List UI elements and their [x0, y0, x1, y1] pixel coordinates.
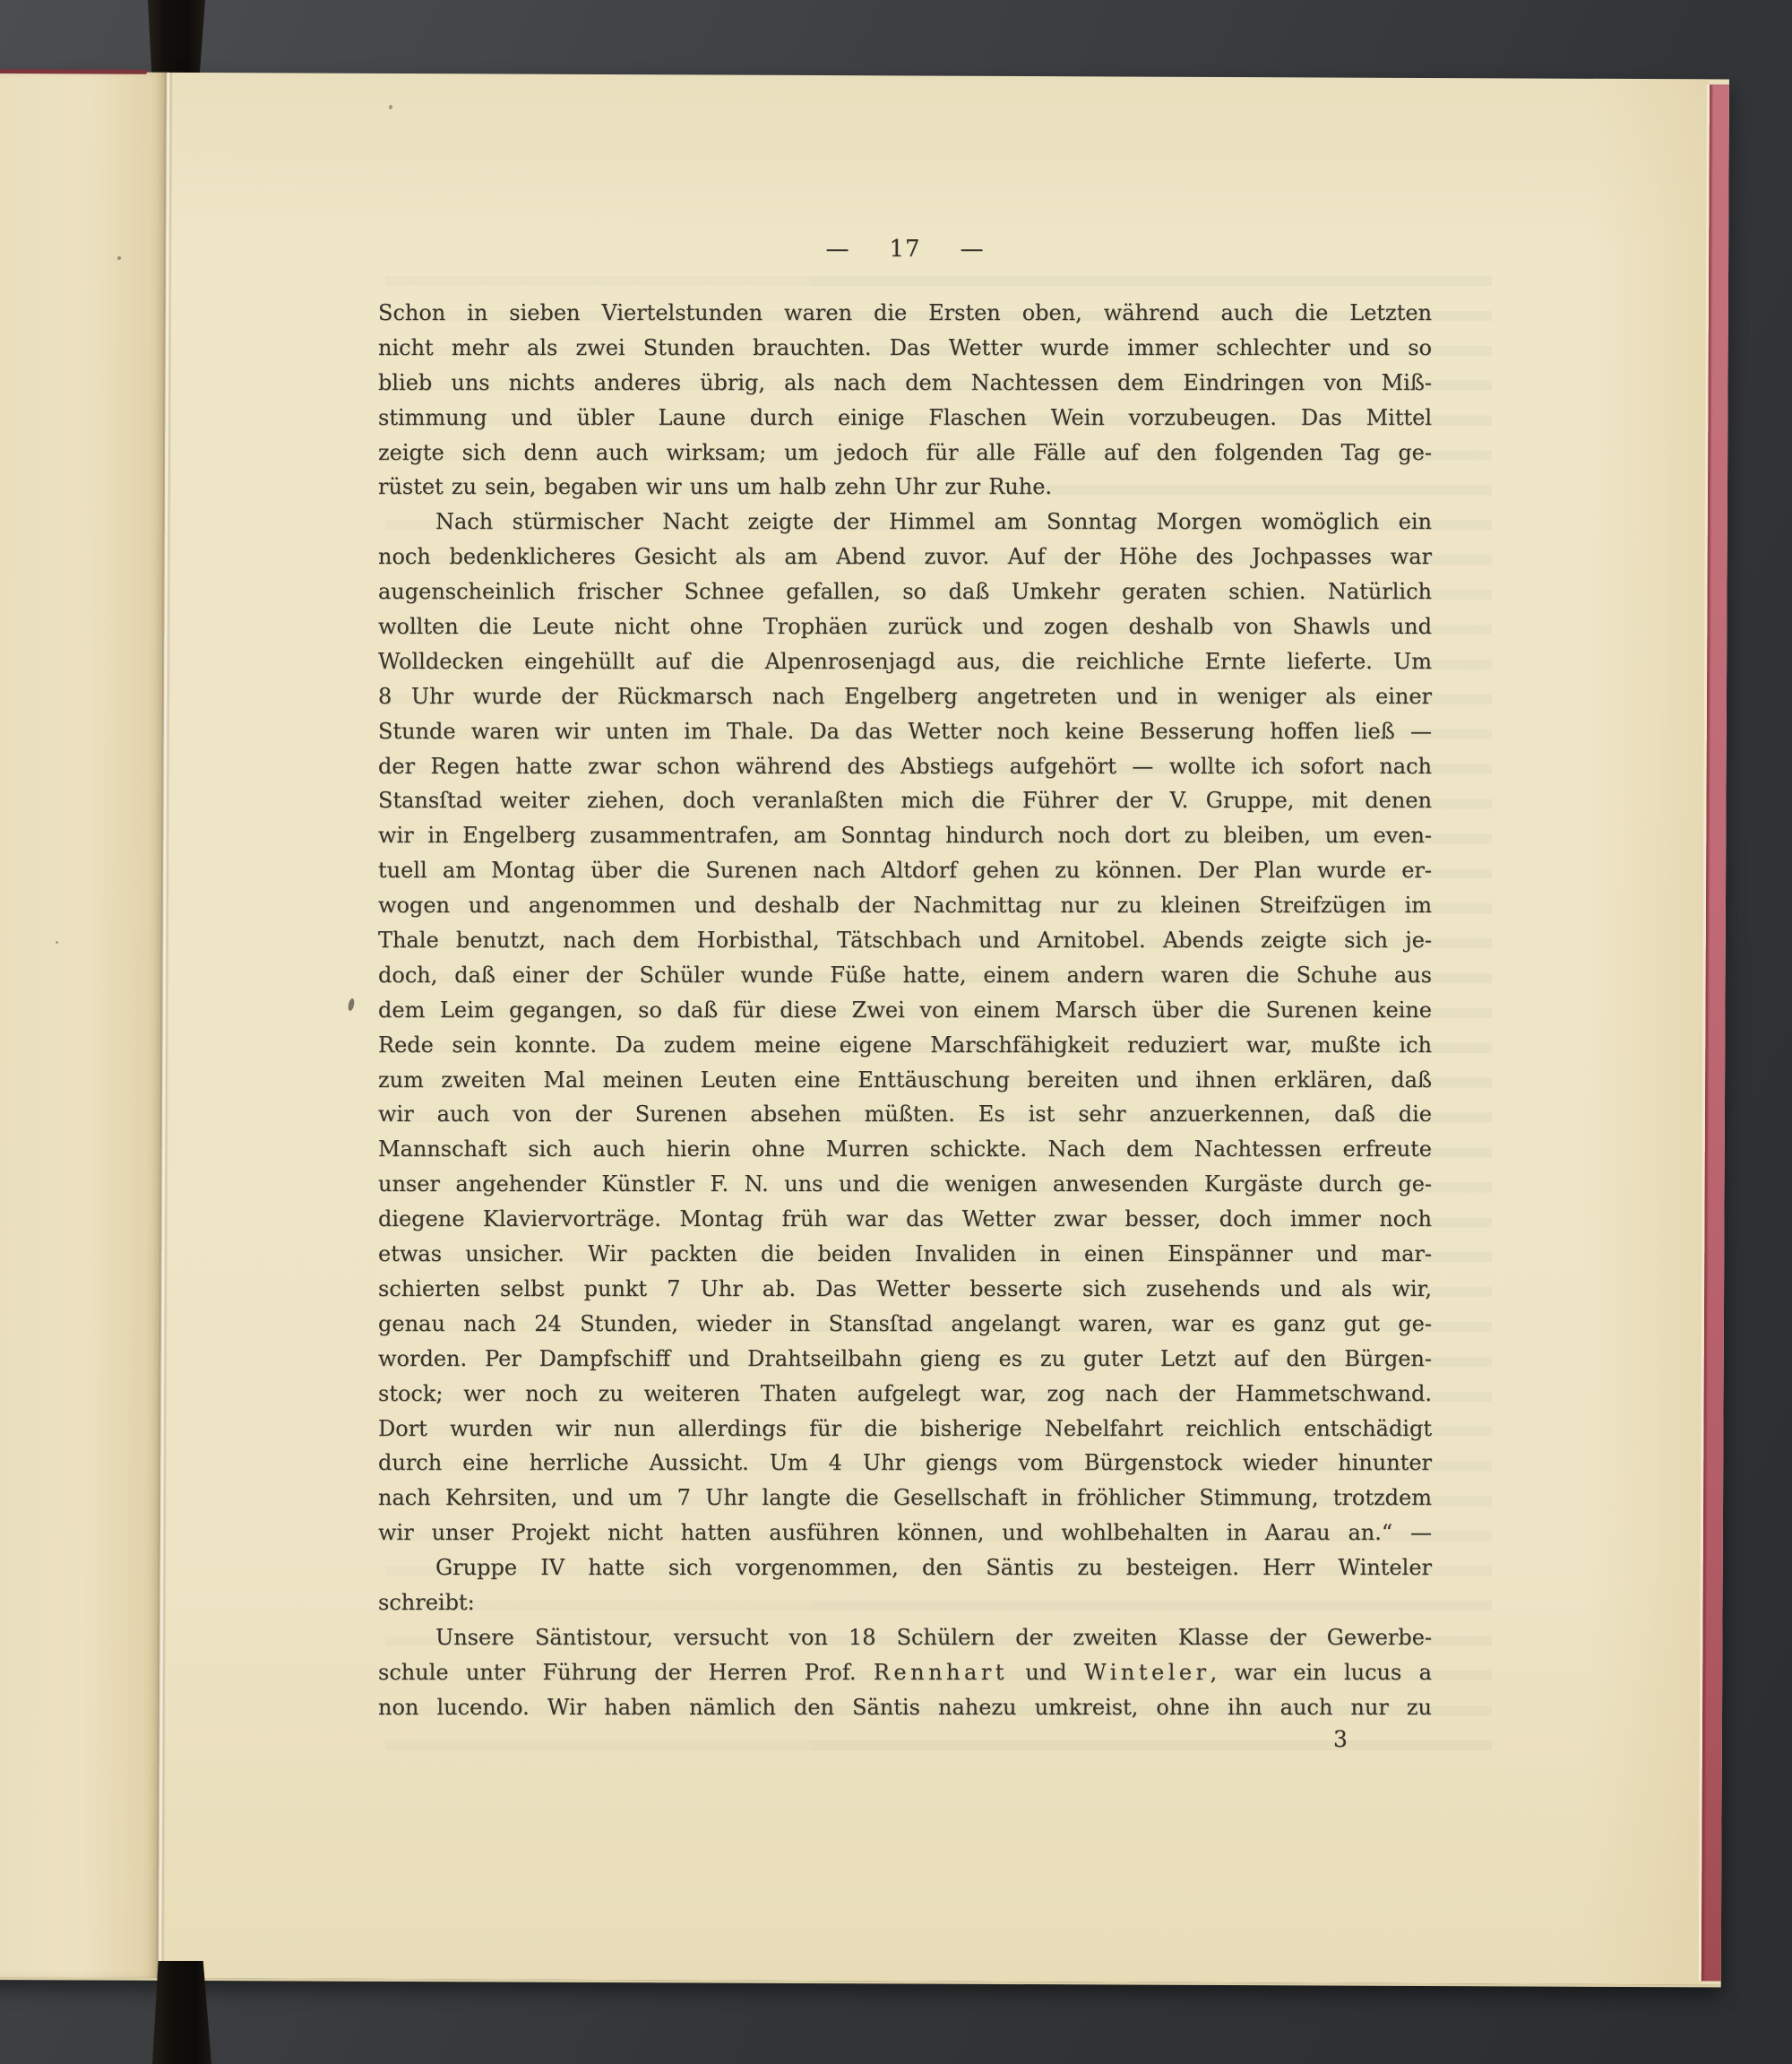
text-line: Stansſtad weiter ziehen, doch veranlaßte…	[378, 783, 1432, 818]
text-line: stimmung und übler Laune durch einige Fl…	[378, 401, 1432, 436]
text-block: Schon in sieben Viertelstunden waren die…	[378, 296, 1432, 1725]
text-line: nicht mehr als zwei Stunden brauchten. D…	[378, 331, 1432, 366]
page-number-header: — 17 —	[378, 236, 1432, 263]
text-line: wir unser Projekt nicht hatten ausführen…	[378, 1516, 1432, 1550]
text-line: worden. Per Dampfschiff und Drahtseilbah…	[378, 1342, 1432, 1377]
text-line: nach Kehrsiten, und um 7 Uhr langte die …	[378, 1481, 1432, 1516]
text-line: stock; wer noch zu weiteren Thaten aufge…	[378, 1377, 1432, 1412]
text-line: Stunde waren wir unten im Thale. Da das …	[378, 714, 1432, 749]
letterspaced-name: Winteler	[1084, 1660, 1210, 1685]
text-line: der Regen hatte zwar schon während des A…	[378, 749, 1432, 784]
text-line: tuell am Montag über die Surenen nach Al…	[378, 853, 1432, 888]
bookmark-ribbon-top	[148, 0, 205, 77]
text-line: noch bedenklicheres Gesicht als am Abend…	[378, 540, 1432, 574]
text-line: schreibt:	[378, 1585, 1432, 1620]
letterspaced-name: Rennhart	[874, 1660, 1008, 1685]
text-line: unser angehender Künstler F. N. uns und …	[378, 1167, 1432, 1202]
text-line: Unsere Säntistour, versucht von 18 Schül…	[378, 1620, 1432, 1655]
bookmark-ribbon-bottom	[152, 1961, 211, 2064]
paper-speck	[117, 256, 121, 260]
header-dash: —	[961, 236, 985, 263]
text-line: non lucendo. Wir haben nämlich den Sänti…	[378, 1690, 1432, 1725]
facing-page-edge	[0, 72, 167, 1978]
text-line: wollten die Leute nicht ohne Trophäen zu…	[378, 609, 1432, 644]
text-line: genau nach 24 Stunden, wieder in Stansſt…	[378, 1307, 1432, 1342]
text-line: schierten selbst punkt 7 Uhr ab. Das Wet…	[378, 1272, 1432, 1307]
header-dash: —	[825, 236, 849, 263]
page-top-red-edge	[0, 69, 147, 74]
text-line: Schon in sieben Viertelstunden waren die…	[378, 296, 1432, 331]
signature-mark: 3	[1333, 1726, 1348, 1752]
text-line: schule unter Führung der Herren Prof. Re…	[378, 1655, 1432, 1690]
text-line: blieb uns nichts anderes übrig, als nach…	[378, 366, 1432, 401]
text-line: Wolldecken eingehüllt auf die Alpenrosen…	[378, 644, 1432, 679]
text-line: augenscheinlich frischer Schnee gefallen…	[378, 574, 1432, 609]
text-line: 8 Uhr wurde der Rückmarsch nach Engelber…	[378, 679, 1432, 714]
photo-background: — 17 — Schon in sieben Viertelstunden wa…	[0, 0, 1792, 2064]
text-line: Dort wurden wir nun allerdings für die b…	[378, 1412, 1432, 1447]
page-number: 17	[889, 236, 920, 263]
text-line: dem Leim gegangen, so daß für diese Zwei…	[378, 993, 1432, 1028]
text-line: wir in Engelberg zusammentrafen, am Sonn…	[378, 818, 1432, 853]
text-line: wogen und angenommen und deshalb der Nac…	[378, 888, 1432, 923]
text-line: Thale benutzt, nach dem Horbisthal, Täts…	[378, 923, 1432, 958]
text-line: zeigte sich denn auch wirksam; um jedoch…	[378, 436, 1432, 471]
text-line: Mannschaft sich auch hierin ohne Murren …	[378, 1132, 1432, 1167]
text-line: Gruppe IV hatte sich vorgenommen, den Sä…	[378, 1550, 1432, 1585]
text-line: Nach stürmischer Nacht zeigte der Himmel…	[378, 505, 1432, 540]
paper-speck	[389, 105, 392, 109]
text-line: doch, daß einer der Schüler wunde Füße h…	[378, 958, 1432, 993]
text-line: durch eine herrliche Aussicht. Um 4 Uhr …	[378, 1446, 1432, 1481]
text-line: Rede sein konnte. Da zudem meine eigene …	[378, 1028, 1432, 1063]
text-line: zum zweiten Mal meinen Leuten eine Enttä…	[378, 1063, 1432, 1098]
text-line: etwas unsicher. Wir packten die beiden I…	[378, 1237, 1432, 1272]
text-line: diegene Klaviervorträge. Montag früh war…	[378, 1202, 1432, 1237]
paper-speck	[56, 941, 58, 944]
text-line: wir auch von der Surenen absehen müßten.…	[378, 1097, 1432, 1132]
text-line: rüstet zu sein, begaben wir uns um halb …	[378, 470, 1432, 505]
page-edge-shading	[1585, 79, 1710, 1985]
